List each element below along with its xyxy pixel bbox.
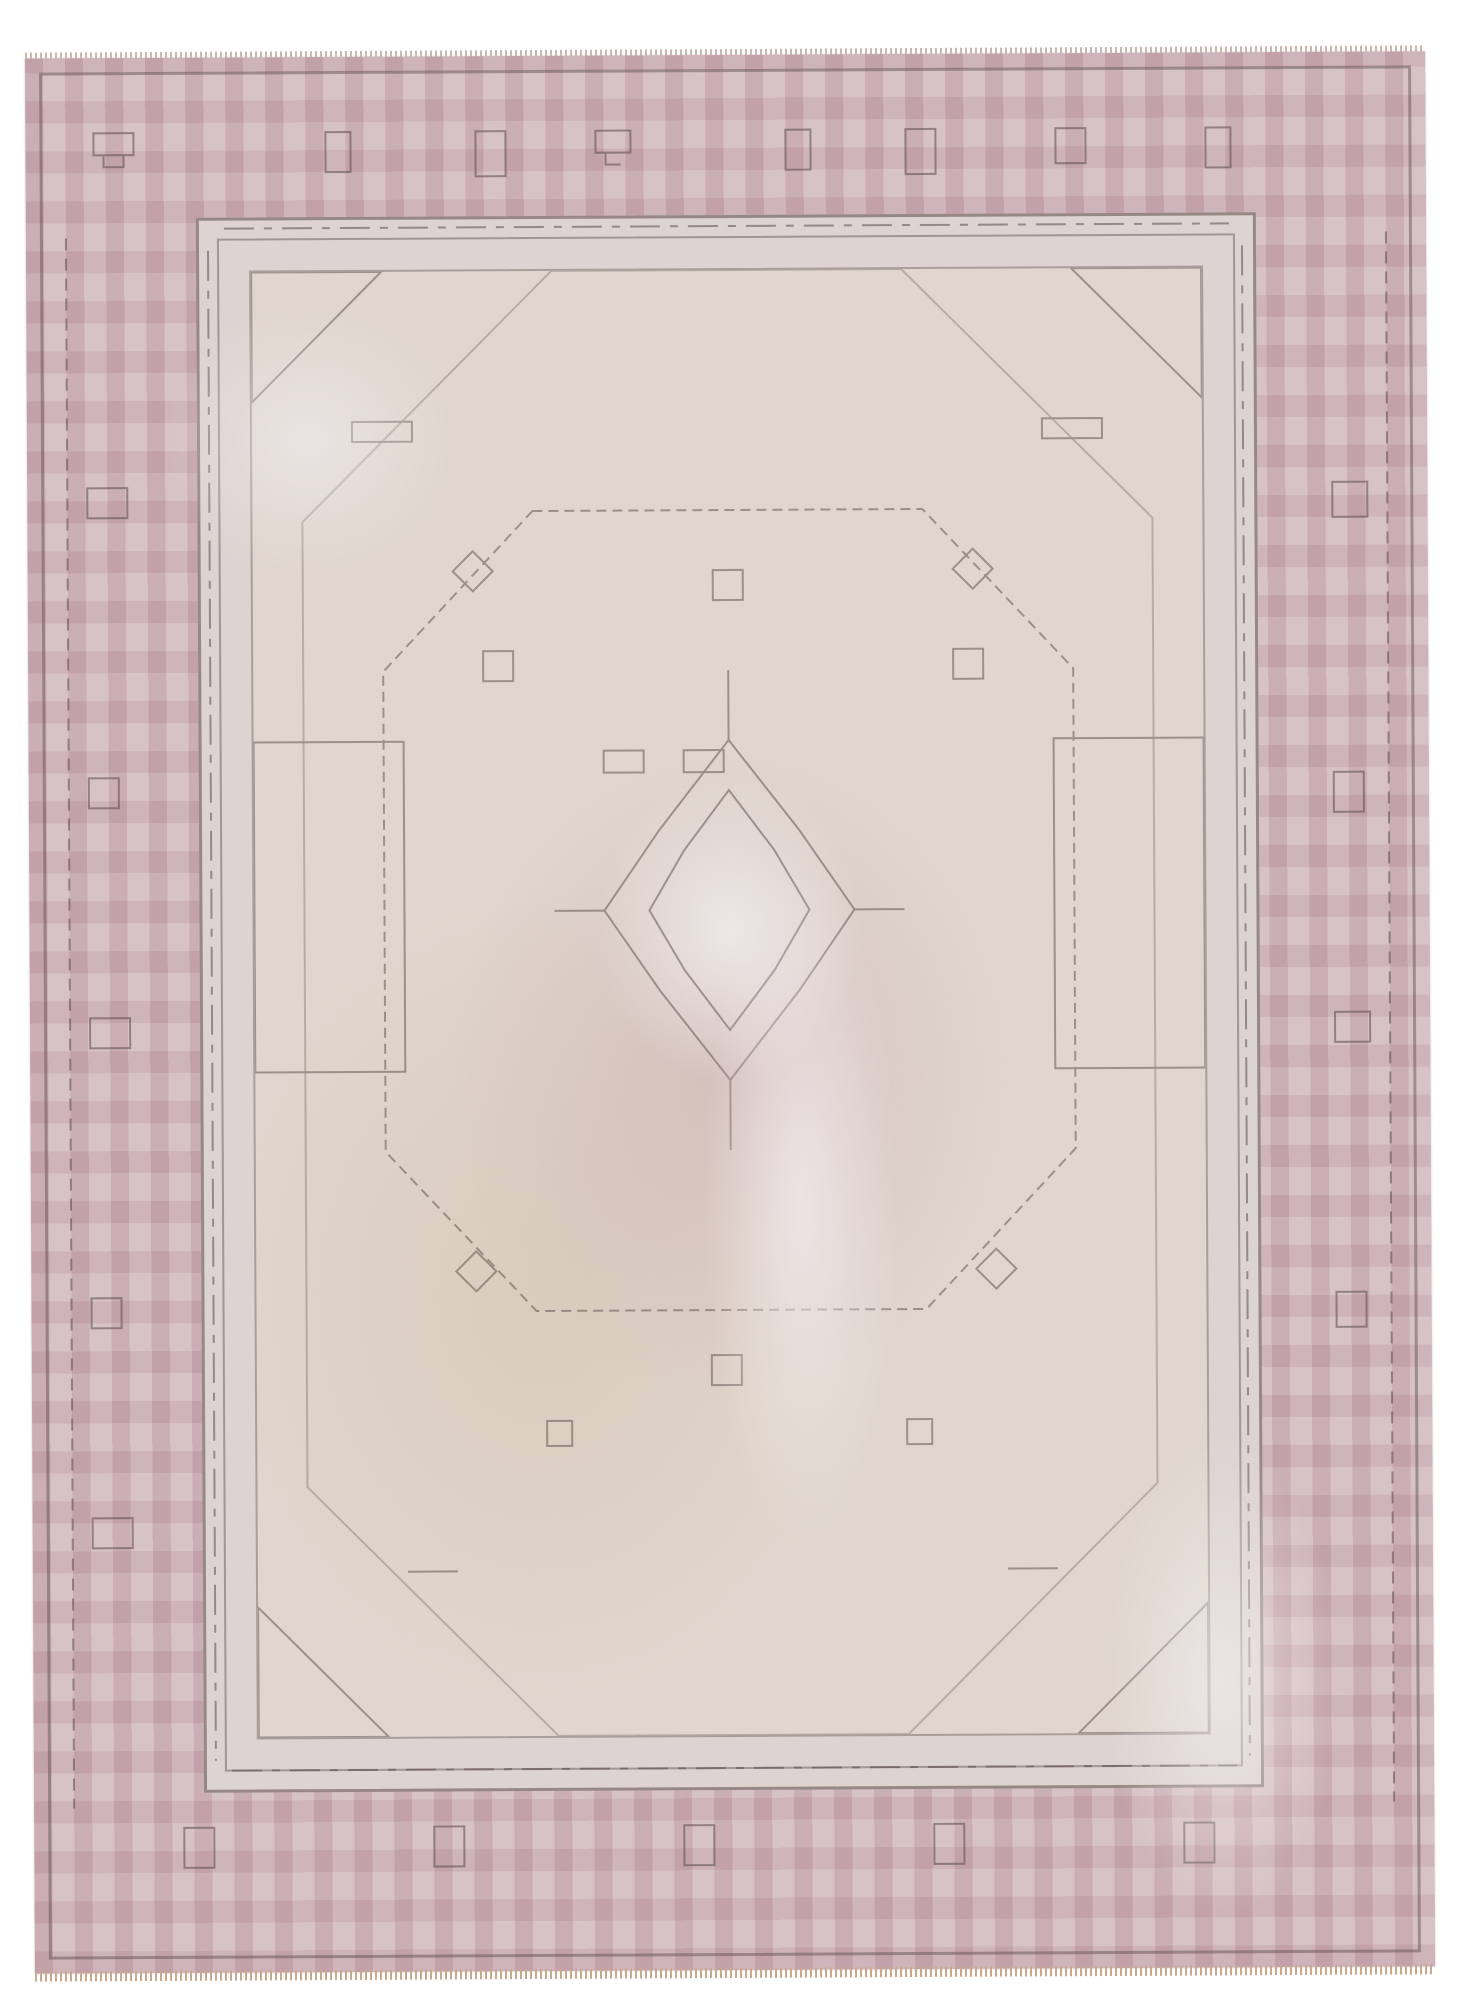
rug-field bbox=[249, 266, 1211, 1740]
inner-border bbox=[196, 212, 1264, 1793]
field-motifs bbox=[251, 268, 1209, 1738]
rug bbox=[25, 51, 1435, 1973]
